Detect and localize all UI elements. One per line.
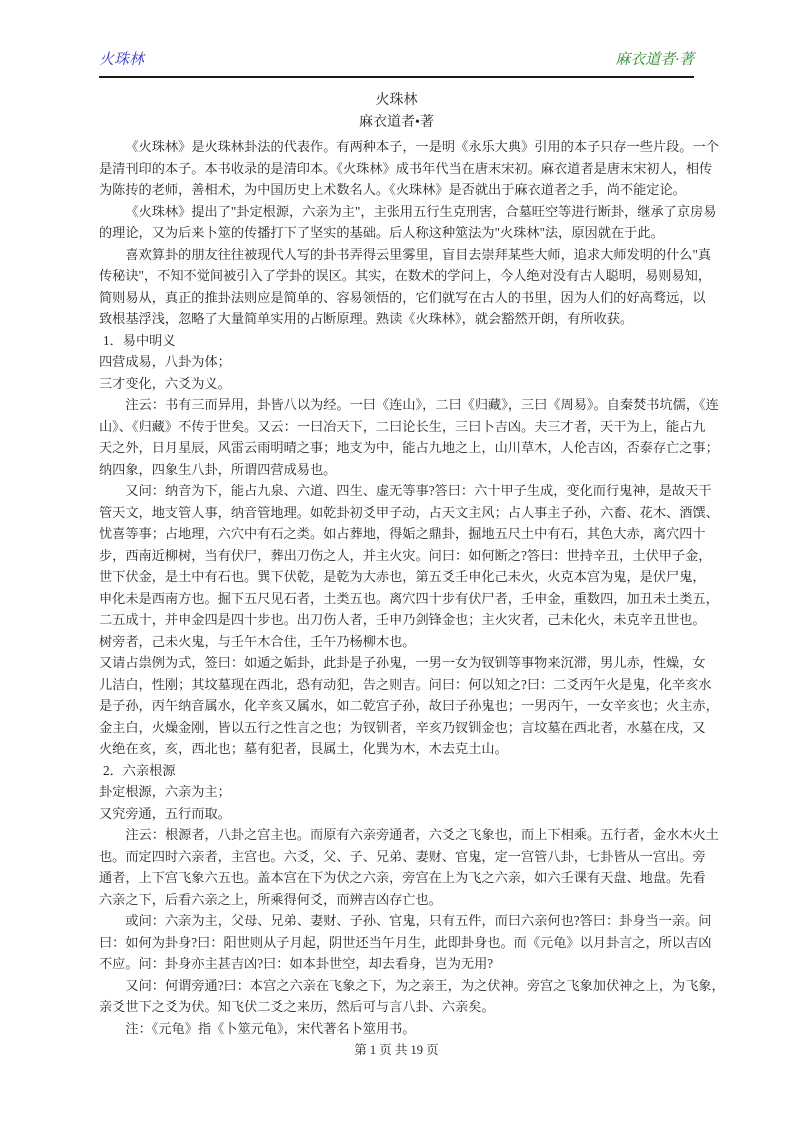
paragraph: 又请占祟例为式，签曰：如遁之姤卦，此卦是子孙鬼，一男一女为钗钏等事物来沉滞，男儿…: [99, 652, 695, 760]
text-line: 致根基浮浅，忽略了大量简单实用的占断原理。熟读《火珠林》，就会豁然开朗，有所收获…: [99, 308, 695, 330]
text-line: 喜欢算卦的朋友往往被现代人写的卦书弄得云里雾里，盲目去崇拜某些大师，追求大师发明…: [99, 244, 695, 266]
text-line: 是清刊印的本子。本书收录的是清印本。《火珠林》成书年代当在唐末宋初。麻衣道者是唐…: [99, 158, 695, 180]
text-line: 注云：根源者，八卦之宫主也。而原有六亲旁通者，六爻之飞象也，而上下相乘。五行者，…: [99, 824, 695, 846]
title-block: 火珠林 麻衣道者•著: [99, 90, 694, 133]
paragraph: 又问：何谓旁通?曰：本宫之六亲在飞象之下，为之亲王，为之伏神。旁宫之飞象加伏神之…: [99, 975, 695, 1018]
text-line: 或问：六亲为主，父母、兄弟、妻财、子孙、官鬼，只有五件，而曰六亲何也?答曰：卦身…: [99, 910, 695, 932]
text-line: 山》、《归藏》不传于世矣。又云：一曰冶天下，二曰论长生，三曰卜吉凶。夫三才者，天…: [99, 416, 695, 438]
text-line: 忧喜等事；占地理，六穴中有石之类。如占葬地，得姤之鼎卦，掘地五尺土中有石，其色大…: [99, 523, 695, 545]
text-line: 《火珠林》提出了"卦定根源，六亲为主"，主张用五行生克刑害，合墓旺空等进行断卦，…: [99, 201, 695, 223]
paragraph: 《火珠林》提出了"卦定根源，六亲为主"，主张用五行生克刑害，合墓旺空等进行断卦，…: [99, 201, 695, 244]
paragraph: 四营成易，八卦为体；: [99, 351, 695, 373]
text-line: 又问：何谓旁通?曰：本宫之六亲在飞象之下，为之亲王，为之伏神。旁宫之飞象加伏神之…: [99, 975, 695, 997]
page-footer: 第 1 页 共 19 页: [99, 1042, 694, 1058]
text-line: 注：《元龟》指《卜筮元龟》，宋代著名卜筮用书。: [99, 1018, 695, 1040]
header-book-title: 火珠林: [99, 48, 144, 72]
paragraph: 《火珠林》是火珠林卦法的代表作。有两种本子，一是明《永乐大典》引用的本子只存一些…: [99, 136, 695, 201]
text-line: 2．六亲根源: [99, 760, 695, 782]
text-line: 卦定根源，六亲为主；: [99, 781, 695, 803]
text-line: 申化未是西南方也。掘下五尺见石者，土类五也。离穴四十步有伏尸者，壬申金，重数四，…: [99, 588, 695, 610]
text-line: 也。而定四时六亲者，主宫也。六爻，父、子、兄弟、妻财、官鬼，定一宫管八卦，七卦皆…: [99, 846, 695, 868]
page-header: 火珠林 麻衣道者·著: [99, 48, 694, 78]
text-line: 四营成易，八卦为体；: [99, 351, 695, 373]
text-line: 亲爻世下之爻为伏。知飞伏二爻之来历，然后可与言八卦、六亲矣。: [99, 996, 695, 1018]
text-line: 纳四象，四象生八卦，所谓四营成易也。: [99, 459, 695, 481]
document-page: 火珠林 麻衣道者·著 火珠林 麻衣道者•著 《火珠林》是火珠林卦法的代表作。有两…: [0, 0, 793, 1122]
text-line: 三才变化，六爻为义。: [99, 373, 695, 395]
paragraph: 又究旁通，五行而取。: [99, 803, 695, 825]
text-line: 树旁者，己未火鬼，与壬午木合住，壬午乃杨柳木也。: [99, 631, 695, 653]
text-line: 六亲之下，后看六亲之上，所乘得何爻，而辨吉凶存亡也。: [99, 889, 695, 911]
text-line: 是子孙，丙午纳音属水，化辛亥又属水，如二乾宫子孙，故曰子孙鬼也；一男丙午，一女辛…: [99, 695, 695, 717]
text-line: 又问：纳音为下，能占九泉、六道、四生、虚无等事?答曰：六十甲子生成，变化而行鬼神…: [99, 480, 695, 502]
text-line: 的理论，又为后来卜筮的传播打下了坚实的基础。后人称这种筮法为"火珠林"法，原因就…: [99, 222, 695, 244]
paragraph: 三才变化，六爻为义。: [99, 373, 695, 395]
text-line: 管天文，地支管人事，纳音管地理。如乾卦初爻甲子动，占天文主风；占人事主子孙，六畜…: [99, 502, 695, 524]
text-line: 二五成十，并申金四是四十步也。出刀伤人者，壬申乃剑锋金也；主火灾者，己未化火，未…: [99, 609, 695, 631]
section-heading: 1．易中明义: [99, 330, 695, 352]
paragraph: 喜欢算卦的朋友往往被现代人写的卦书弄得云里雾里，盲目去崇拜某些大师，追求大师发明…: [99, 244, 695, 330]
paragraph: 注云：根源者，八卦之宫主也。而原有六亲旁通者，六爻之飞象也，而上下相乘。五行者，…: [99, 824, 695, 910]
text-line: 《火珠林》是火珠林卦法的代表作。有两种本子，一是明《永乐大典》引用的本子只存一些…: [99, 136, 695, 158]
document-body: 《火珠林》是火珠林卦法的代表作。有两种本子，一是明《永乐大典》引用的本子只存一些…: [99, 136, 695, 1039]
text-line: 又究旁通，五行而取。: [99, 803, 695, 825]
paragraph: 注：《元龟》指《卜筮元龟》，宋代著名卜筮用书。: [99, 1018, 695, 1040]
text-line: 曰：如何为卦身?曰：阳世则从子月起，阴世还当午月生，此即卦身也。而《元龟》以月卦…: [99, 932, 695, 954]
text-line: 世下伏金，是土中有石也。巽下伏乾，是乾为大赤也，第五爻壬申化己未火，火克本宫为鬼…: [99, 566, 695, 588]
doc-author-line: 麻衣道者•著: [99, 112, 694, 134]
paragraph: 注云：书有三而异用，卦皆八以为经。一曰《连山》，二曰《归藏》，三曰《周易》。自秦…: [99, 394, 695, 480]
text-line: 又请占祟例为式，签曰：如遁之姤卦，此卦是子孙鬼，一男一女为钗钏等事物来沉滞，男儿…: [99, 652, 695, 674]
text-line: 注云：书有三而异用，卦皆八以为经。一曰《连山》，二曰《归藏》，三曰《周易》。自秦…: [99, 394, 695, 416]
text-line: 步，西南近柳树，当有伏尸，葬出刀伤之人，并主火灾。问曰：如何断之?答曰：世持辛丑…: [99, 545, 695, 567]
paragraph: 或问：六亲为主，父母、兄弟、妻财、子孙、官鬼，只有五件，而曰六亲何也?答曰：卦身…: [99, 910, 695, 975]
text-line: 通者，上下宫飞象六五也。盖本宫在下为伏之六亲，旁宫在上为飞之六亲，如六壬课有天盘…: [99, 867, 695, 889]
header-author: 麻衣道者·著: [615, 48, 694, 72]
text-line: 天之外，日月星辰，风雷云雨明晴之事；地支为中，能占九地之上，山川草木，人伦吉凶，…: [99, 437, 695, 459]
text-line: 1．易中明义: [99, 330, 695, 352]
page-number-text: 第 1 页 共 19 页: [354, 1043, 438, 1057]
section-heading: 2．六亲根源: [99, 760, 695, 782]
text-line: 儿洁白，性刚；其坟墓现在西北，恐有动犯，告之则吉。问曰：何以知之?曰：二爻丙午火…: [99, 674, 695, 696]
text-line: 火绝在亥，亥，西北也；墓有犯者，艮属土，化巽为木，木去克土山。: [99, 738, 695, 760]
text-line: 简则易从，真正的推卦法则应是简单的、容易领悟的，它们就写在古人的书里，因为人们的…: [99, 287, 695, 309]
doc-title: 火珠林: [99, 90, 694, 112]
text-line: 不应。问：卦身亦主甚吉凶?曰：如本卦世空，却去看身，岂为无用?: [99, 953, 695, 975]
text-line: 传秘诀"，不知不觉间被引入了学卦的误区。其实，在数术的学问上，今人绝对没有古人聪…: [99, 265, 695, 287]
paragraph: 又问：纳音为下，能占九泉、六道、四生、虚无等事?答曰：六十甲子生成，变化而行鬼神…: [99, 480, 695, 652]
text-line: 金主白，火燥金刚，皆以五行之性言之也；为钗钏者，辛亥乃钗钏金也；言坟墓在西北者，…: [99, 717, 695, 739]
text-line: 为陈抟的老师，善相术，为中国历史上术数名人。《火珠林》是否就出于麻衣道者之手，尚…: [99, 179, 695, 201]
paragraph: 卦定根源，六亲为主；: [99, 781, 695, 803]
